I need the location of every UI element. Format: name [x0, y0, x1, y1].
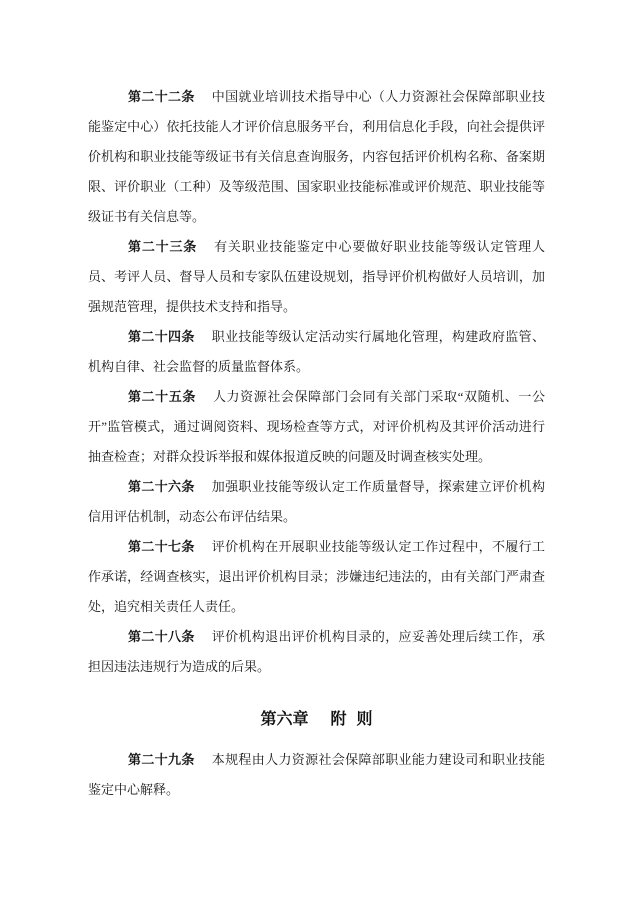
article-number-label: 第二十四条: [128, 329, 195, 344]
article-text: 中国就业培训技术指导中心（人力资源社会保障部职业技能鉴定中心）依托技能人才评价信…: [88, 89, 545, 224]
chapter-heading: 第六章附 则: [88, 705, 545, 735]
article-paragraph-28: 第二十八条评价机构退出评价机构目录的，应妥善处理后续工作，承担因违法违规行为造成…: [88, 622, 545, 682]
article-paragraph-24: 第二十四条职业技能等级认定活动实行属地化管理，构建政府监管、机构自律、社会监督的…: [88, 322, 545, 382]
chapter-number: 第六章: [260, 711, 308, 728]
article-number-label: 第二十八条: [128, 629, 195, 644]
document-page: 第二十二条中国就业培训技术指导中心（人力资源社会保障部职业技能鉴定中心）依托技能…: [0, 0, 640, 905]
article-paragraph-25: 第二十五条人力资源社会保障部门会同有关部门采取“双随机、一公开”监管模式，通过调…: [88, 382, 545, 472]
article-paragraph-29: 第二十九条本规程由人力资源社会保障部职业能力建设司和职业技能鉴定中心解释。: [88, 745, 545, 805]
article-paragraph-22: 第二十二条中国就业培训技术指导中心（人力资源社会保障部职业技能鉴定中心）依托技能…: [88, 82, 545, 232]
article-number-label: 第二十六条: [128, 479, 195, 494]
article-number-label: 第二十九条: [128, 752, 195, 767]
article-number-label: 第二十三条: [128, 239, 197, 254]
article-number-label: 第二十二条: [128, 89, 195, 104]
article-paragraph-27: 第二十七条评价机构在开展职业技能等级认定工作过程中，不履行工作承诺，经调查核实，…: [88, 532, 545, 622]
article-number-label: 第二十五条: [128, 389, 196, 404]
article-paragraph-26: 第二十六条加强职业技能等级认定工作质量督导，探索建立评价机构信用评估机制，动态公…: [88, 472, 545, 532]
document-content: 第二十二条中国就业培训技术指导中心（人力资源社会保障部职业技能鉴定中心）依托技能…: [88, 82, 545, 805]
article-number-label: 第二十七条: [128, 539, 195, 554]
article-paragraph-23: 第二十三条有关职业技能鉴定中心要做好职业技能等级认定管理人员、考评人员、督导人员…: [88, 232, 545, 322]
chapter-title: 附 则: [331, 711, 373, 728]
